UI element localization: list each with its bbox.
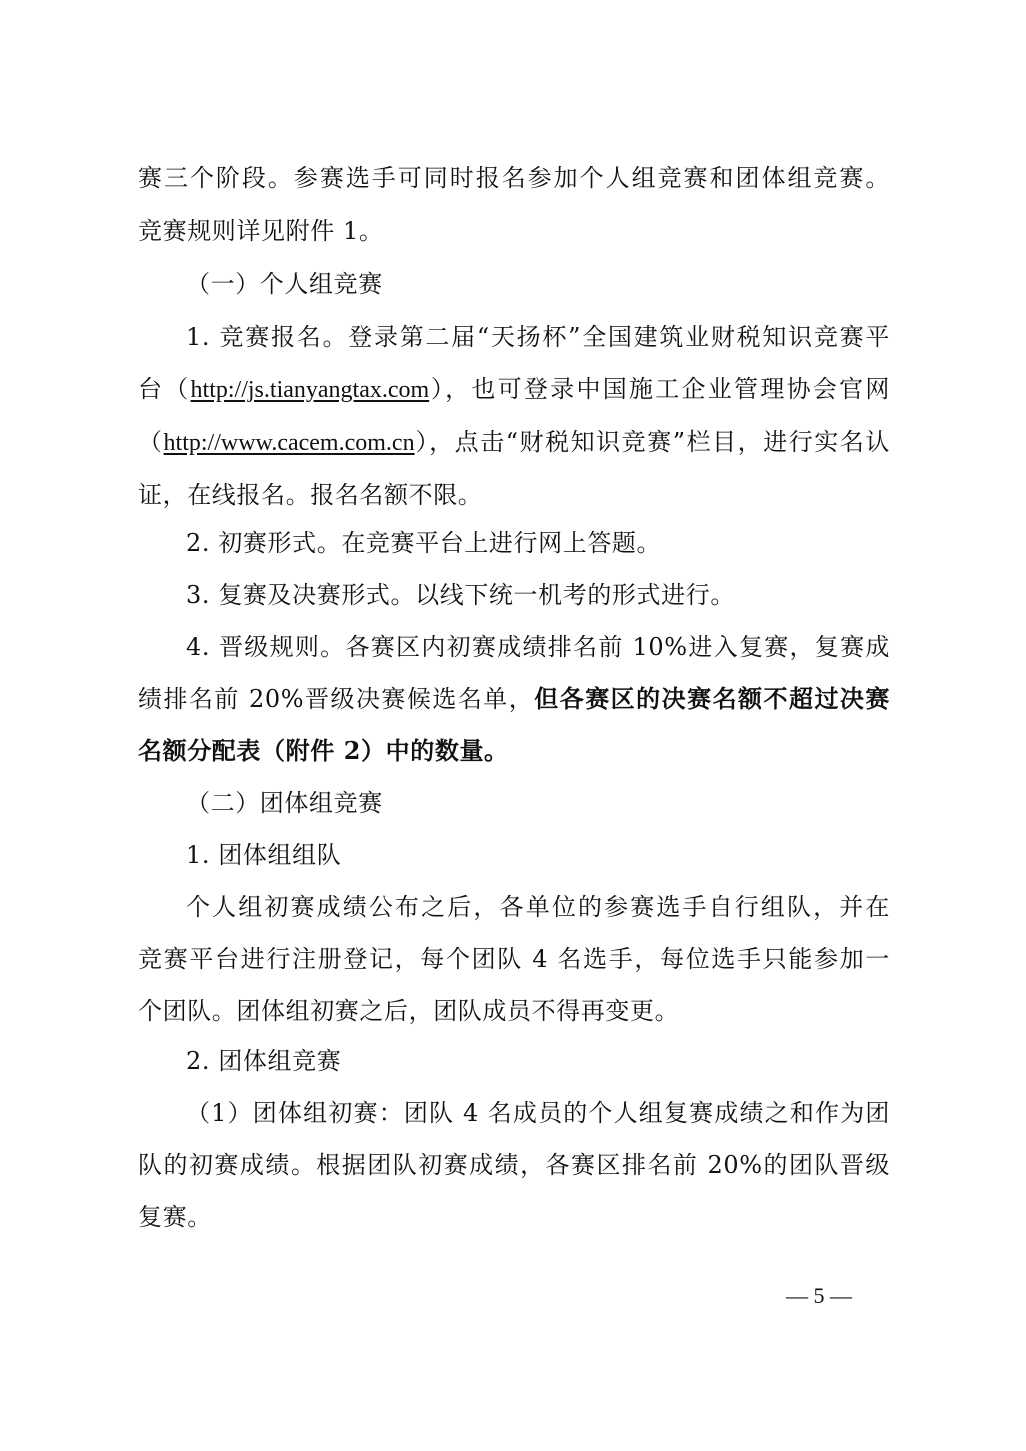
link-tianyangtax[interactable]: http://js.tianyangtax.com (191, 377, 430, 403)
paragraph-line: 赛三个阶段。参赛选手可同时报名参加个人组竞赛和团体组竞赛。 (138, 163, 890, 193)
paragraph-line: 竞赛规则详见附件 1。 (138, 216, 890, 246)
document-page: 赛三个阶段。参赛选手可同时报名参加个人组竞赛和团体组竞赛。 竞赛规则详见附件 1… (0, 0, 1026, 1451)
text-span: ），点击“财税知识竞赛”栏目，进行实名认 (415, 428, 890, 456)
paragraph-line: （1）团体组初赛：团队 4 名成员的个人组复赛成绩之和作为团 (186, 1098, 890, 1128)
paragraph-line: 竞赛平台进行注册登记，每个团队 4 名选手，每位选手只能参加一 (138, 944, 890, 974)
text-span: ），也可登录中国施工企业管理协会官网 (429, 375, 890, 403)
paragraph-line: 3. 复赛及决赛形式。以线下统一机考的形式进行。 (186, 580, 890, 610)
paragraph-line: 个人组初赛成绩公布之后，各单位的参赛选手自行组队，并在 (186, 892, 890, 922)
link-cacem[interactable]: http://www.cacem.com.cn (164, 430, 415, 456)
text-span: 绩排名前 20%晋级决赛候选名单， (138, 685, 534, 713)
paragraph-line: 个团队。团体组初赛之后，团队成员不得再变更。 (138, 996, 890, 1026)
section-heading-team: （二）团体组竞赛 (186, 788, 890, 818)
paragraph-line-bold: 名额分配表（附件 2）中的数量。 (138, 736, 890, 766)
paragraph-line: 证，在线报名。报名名额不限。 (138, 480, 890, 510)
text-span: 台（ (138, 375, 191, 403)
text-span: （ (138, 428, 164, 456)
paragraph-line: 队的初赛成绩。根据团队初赛成绩，各赛区排名前 20%的团队晋级 (138, 1150, 890, 1180)
paragraph-line: 1. 竞赛报名。登录第二届“天扬杯”全国建筑业财税知识竞赛平 (186, 322, 890, 352)
subheading-team-formation: 1. 团体组组队 (186, 840, 890, 870)
paragraph-line: 2. 初赛形式。在竞赛平台上进行网上答题。 (186, 528, 890, 558)
paragraph-line: 台（http://js.tianyangtax.com），也可登录中国施工企业管… (138, 374, 890, 404)
section-heading-individual: （一）个人组竞赛 (186, 269, 890, 299)
paragraph-line: 绩排名前 20%晋级决赛候选名单，但各赛区的决赛名额不超过决赛 (138, 684, 890, 714)
bold-text-span: 但各赛区的决赛名额不超过决赛 (534, 684, 890, 713)
paragraph-line: 4. 晋级规则。各赛区内初赛成绩排名前 10%进入复赛，复赛成 (186, 632, 890, 662)
paragraph-line: （http://www.cacem.com.cn），点击“财税知识竞赛”栏目，进… (138, 427, 890, 457)
paragraph-line: 复赛。 (138, 1202, 890, 1232)
subheading-team-competition: 2. 团体组竞赛 (186, 1046, 890, 1076)
page-number: — 5 — (786, 1282, 852, 1310)
